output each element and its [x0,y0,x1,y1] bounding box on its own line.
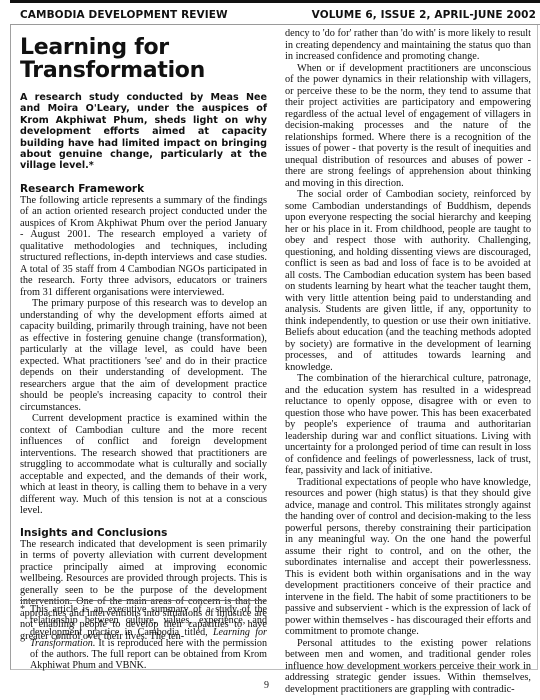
article-title: Learning for Transformation [20,36,267,82]
running-header: CAMBODIA DEVELOPMENT REVIEW VOLUME 6, IS… [10,4,540,25]
page-number: 9 [264,680,269,691]
footnote-text: This article is an executive summary of … [20,604,267,672]
paragraph: When or if development practitioners are… [285,63,531,190]
footnote-marker: * [20,604,25,615]
publication-name: CAMBODIA DEVELOPMENT REVIEW [20,9,228,21]
paragraph: The combination of the hierarchical cult… [285,373,531,477]
paragraph: The social order of Cambodian society, r… [285,189,531,373]
article-deck: A research study conducted by Meas Nee a… [20,92,267,172]
paragraph: Traditional expectations of people who h… [285,477,531,638]
section-heading-research-framework: Research Framework [20,183,267,195]
paragraph: The primary purpose of this research was… [20,298,267,413]
issue-info: VOLUME 6, ISSUE 2, APRIL-JUNE 2002 [312,9,536,21]
top-rule [10,0,540,3]
paragraph: dency to 'do for' rather than 'do with' … [285,28,531,63]
left-column: Learning for Transformation A research s… [20,28,267,642]
right-column: dency to 'do for' rather than 'do with' … [285,28,531,695]
paragraph: Current development practice is examined… [20,413,267,517]
section-heading-insights: Insights and Conclusions [20,527,267,539]
footnote: * This article is an executive summary o… [20,600,267,672]
paragraph: Personal attitudes to the existing power… [285,638,531,696]
journal-page: CAMBODIA DEVELOPMENT REVIEW VOLUME 6, IS… [0,0,540,700]
paragraph: The following article represents a summa… [20,195,267,299]
